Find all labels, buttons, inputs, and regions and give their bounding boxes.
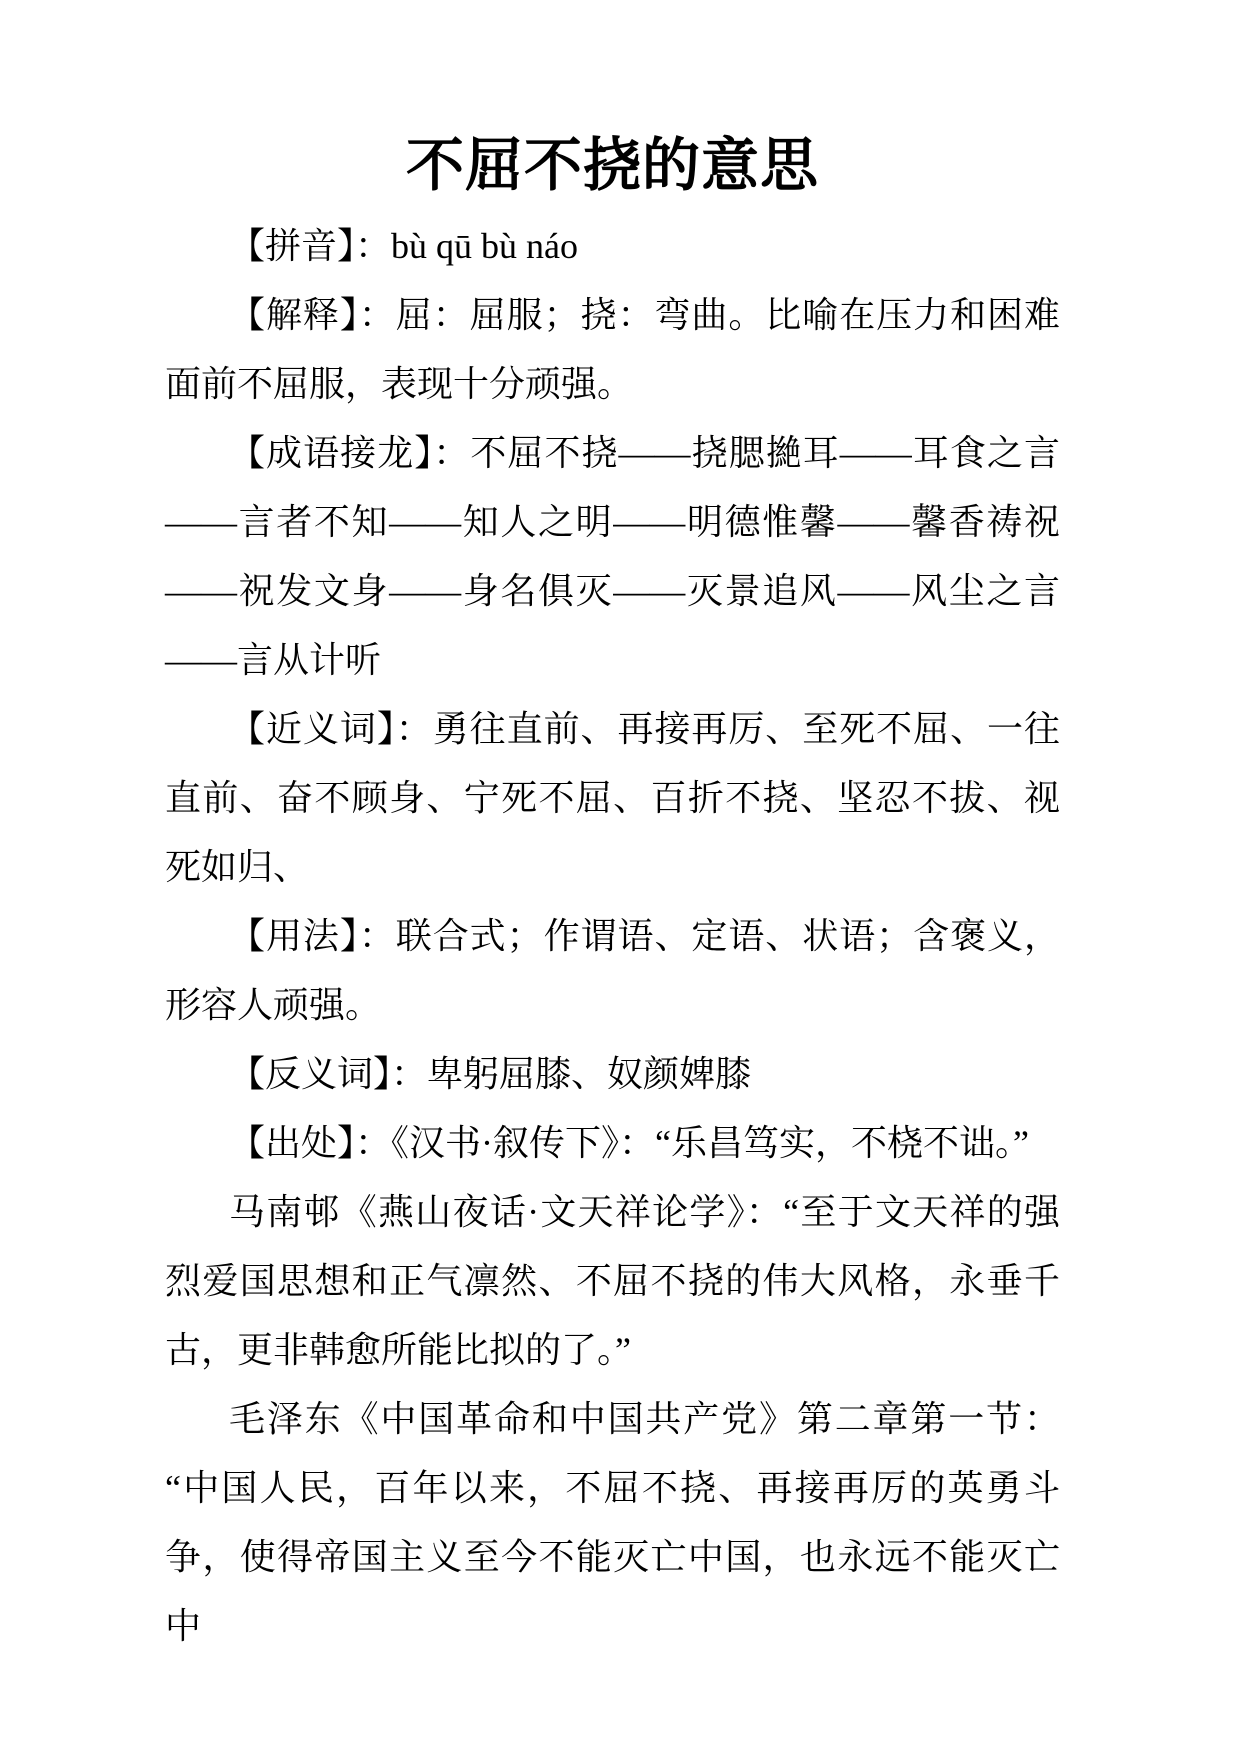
page-title: 不屈不挠的意思 bbox=[165, 128, 1060, 204]
paragraph-definition: 【解释】：屈：屈服；挠：弯曲。比喻在压力和困难面前不屈服，表现十分顽强。 bbox=[165, 281, 1060, 419]
paragraph-citation-mao-zedong: 毛泽东《中国革命和中国共产党》第二章第一节：“中国人民，百年以来，不屈不挠、再接… bbox=[165, 1385, 1060, 1661]
document-page: 不屈不挠的意思 【拼音】：bù qū bù náo 【解释】：屈：屈服；挠：弯曲… bbox=[0, 0, 1240, 1753]
paragraph-idiom-chain: 【成语接龙】：不屈不挠——挠腮撧耳——耳食之言——言者不知——知人之明——明德惟… bbox=[165, 419, 1060, 695]
paragraph-usage: 【用法】：联合式；作谓语、定语、状语；含褒义，形容人顽强。 bbox=[165, 902, 1060, 1040]
paragraph-antonyms: 【反义词】：卑躬屈膝、奴颜婢膝 bbox=[165, 1040, 1060, 1109]
document-body: 【拼音】：bù qū bù náo 【解释】：屈：屈服；挠：弯曲。比喻在压力和困… bbox=[165, 212, 1060, 1661]
paragraph-citation-yanshan-yehua: 马南邨《燕山夜话·文天祥论学》：“至于文天祥的强烈爱国思想和正气凛然、不屈不挠的… bbox=[165, 1178, 1060, 1385]
paragraph-source: 【出处】：《汉书·叙传下》：“乐昌笃实，不桡不诎。” bbox=[165, 1109, 1060, 1178]
paragraph-pinyin: 【拼音】：bù qū bù náo bbox=[165, 212, 1060, 281]
paragraph-synonyms: 【近义词】：勇往直前、再接再厉、至死不屈、一往直前、奋不顾身、宁死不屈、百折不挠… bbox=[165, 695, 1060, 902]
